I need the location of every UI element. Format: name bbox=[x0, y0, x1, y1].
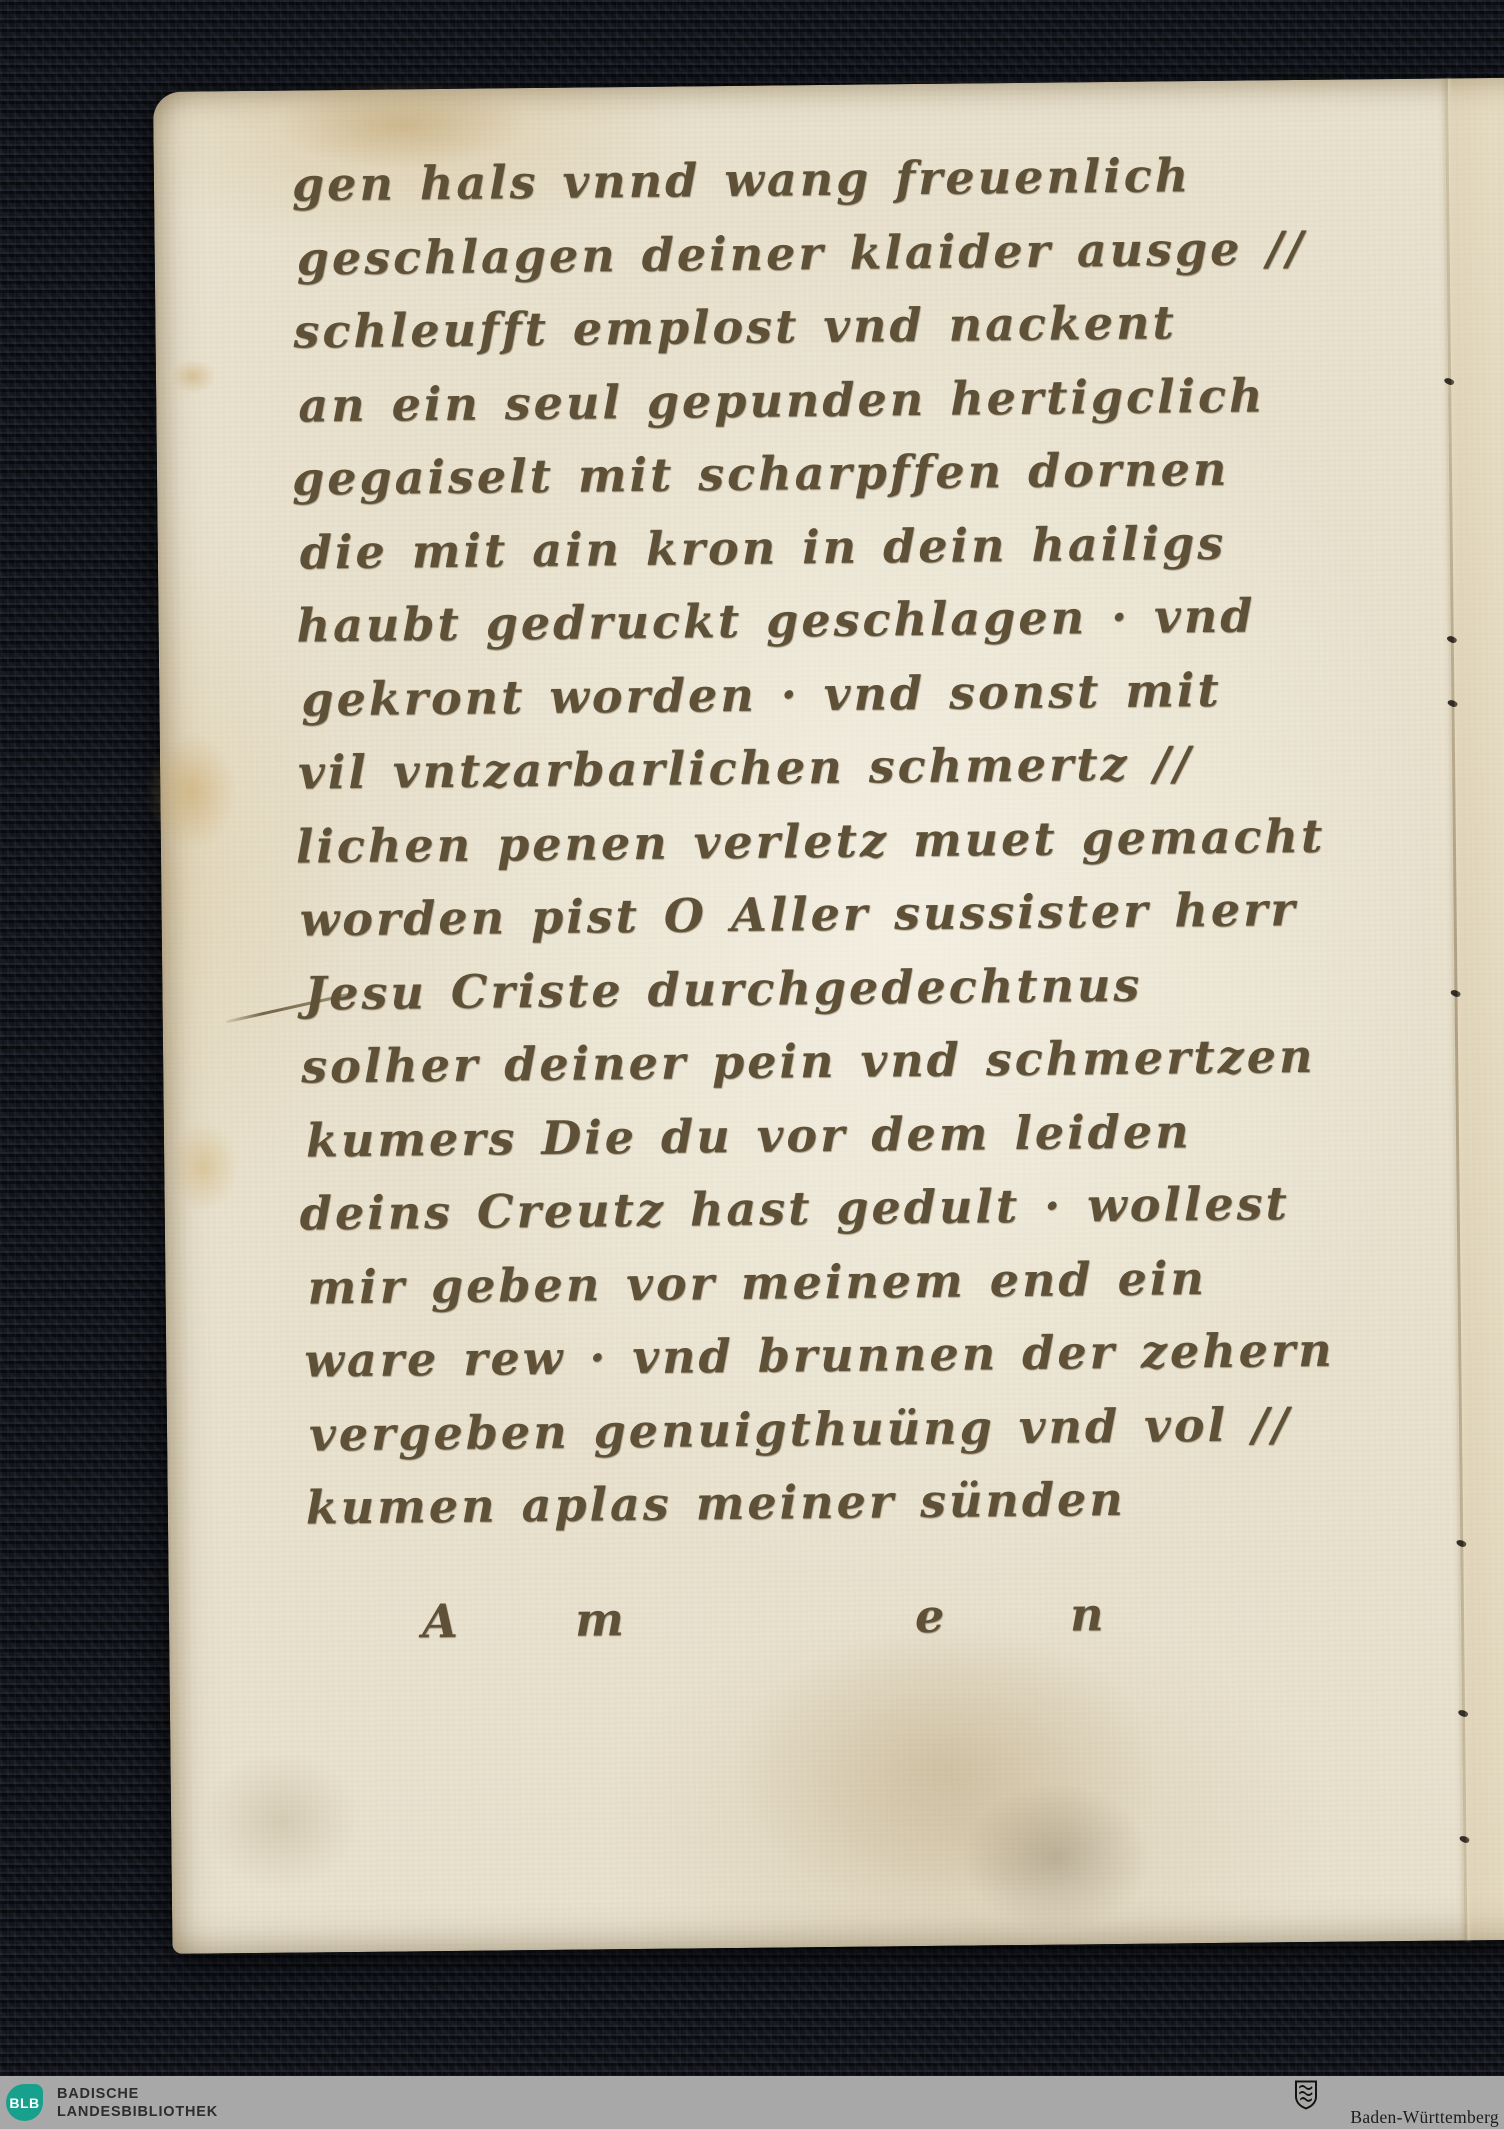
stain bbox=[170, 359, 216, 393]
manuscript-line: schleufft emplost vnd nackent bbox=[293, 283, 1484, 369]
manuscript-line: Jesu Criste durchgedechtnus bbox=[304, 945, 1491, 1031]
manuscript-line: solher deiner pein vnd schmertzen bbox=[301, 1018, 1492, 1104]
manuscript-line: gekront worden · vnd sonst mit bbox=[301, 651, 1488, 737]
stain bbox=[200, 1750, 361, 1892]
baden-wuerttemberg-arms-icon bbox=[1294, 2080, 1318, 2110]
manuscript-line: lichen penen verletz muet gemacht bbox=[296, 798, 1490, 884]
stitch-mark bbox=[1459, 1835, 1471, 1844]
stitch-mark bbox=[1457, 1709, 1469, 1718]
amen-letter: e bbox=[915, 1580, 948, 1650]
manuscript-line: geschlagen deiner klaider ausge // bbox=[296, 210, 1483, 296]
manuscript-text: gen hals vnnd wang freuenlich geschlagen… bbox=[292, 136, 1498, 1661]
stain bbox=[146, 731, 237, 852]
footer-bar: BLB BADISCHE LANDESBIBLIOTHEK Baden-Würt… bbox=[0, 2076, 1504, 2129]
amen-letter: m bbox=[575, 1584, 627, 1655]
amen-letter: n bbox=[1070, 1579, 1107, 1649]
blb-logo-text: BLB bbox=[9, 2095, 39, 2111]
library-name-line2: LANDESBIBLIOTHEK bbox=[57, 2103, 218, 2121]
state-name: Baden-Württemberg bbox=[1350, 2107, 1499, 2128]
manuscript-line: kumen aplas meiner sünden bbox=[305, 1459, 1496, 1545]
manuscript-line: gegaiselt mit scharpffen dornen bbox=[292, 430, 1486, 516]
manuscript-line: haubt gedruckt geschlagen · vnd bbox=[296, 577, 1487, 663]
manuscript-line: worden pist O Aller sussister herr bbox=[299, 871, 1490, 957]
amen-line: A m e n bbox=[307, 1575, 1498, 1661]
manuscript-line: an ein seul gepunden hertigclich bbox=[298, 357, 1485, 443]
scan-background-cloth: gen hals vnnd wang freuenlich geschlagen… bbox=[0, 0, 1504, 2129]
manuscript-line: kumers Die du vor dem leiden bbox=[306, 1092, 1493, 1178]
manuscript-page: gen hals vnnd wang freuenlich geschlagen… bbox=[153, 78, 1504, 1954]
blb-logo-icon: BLB bbox=[6, 2084, 43, 2121]
stain bbox=[961, 1782, 1153, 1934]
manuscript-line: vil vntzarbarlichen schmertz // bbox=[298, 724, 1489, 810]
library-name-line1: BADISCHE bbox=[57, 2085, 218, 2103]
manuscript-line: die mit ain kron in dein hailigs bbox=[299, 504, 1486, 590]
amen-letter: A bbox=[422, 1585, 461, 1655]
stain bbox=[729, 1622, 1162, 1916]
library-name: BADISCHE LANDESBIBLIOTHEK bbox=[57, 2085, 218, 2121]
manuscript-line: gen hals vnnd wang freuenlich bbox=[292, 136, 1483, 222]
manuscript-line: vergeben genuigthuüng vnd vol // bbox=[309, 1386, 1496, 1472]
manuscript-line: ware rew · vnd brunnen der zehern bbox=[304, 1312, 1495, 1398]
manuscript-line: deins Creutz hast gedult · wollest bbox=[299, 1165, 1493, 1251]
stain bbox=[168, 1121, 239, 1212]
manuscript-line: mir geben vor meinem end ein bbox=[307, 1239, 1494, 1325]
